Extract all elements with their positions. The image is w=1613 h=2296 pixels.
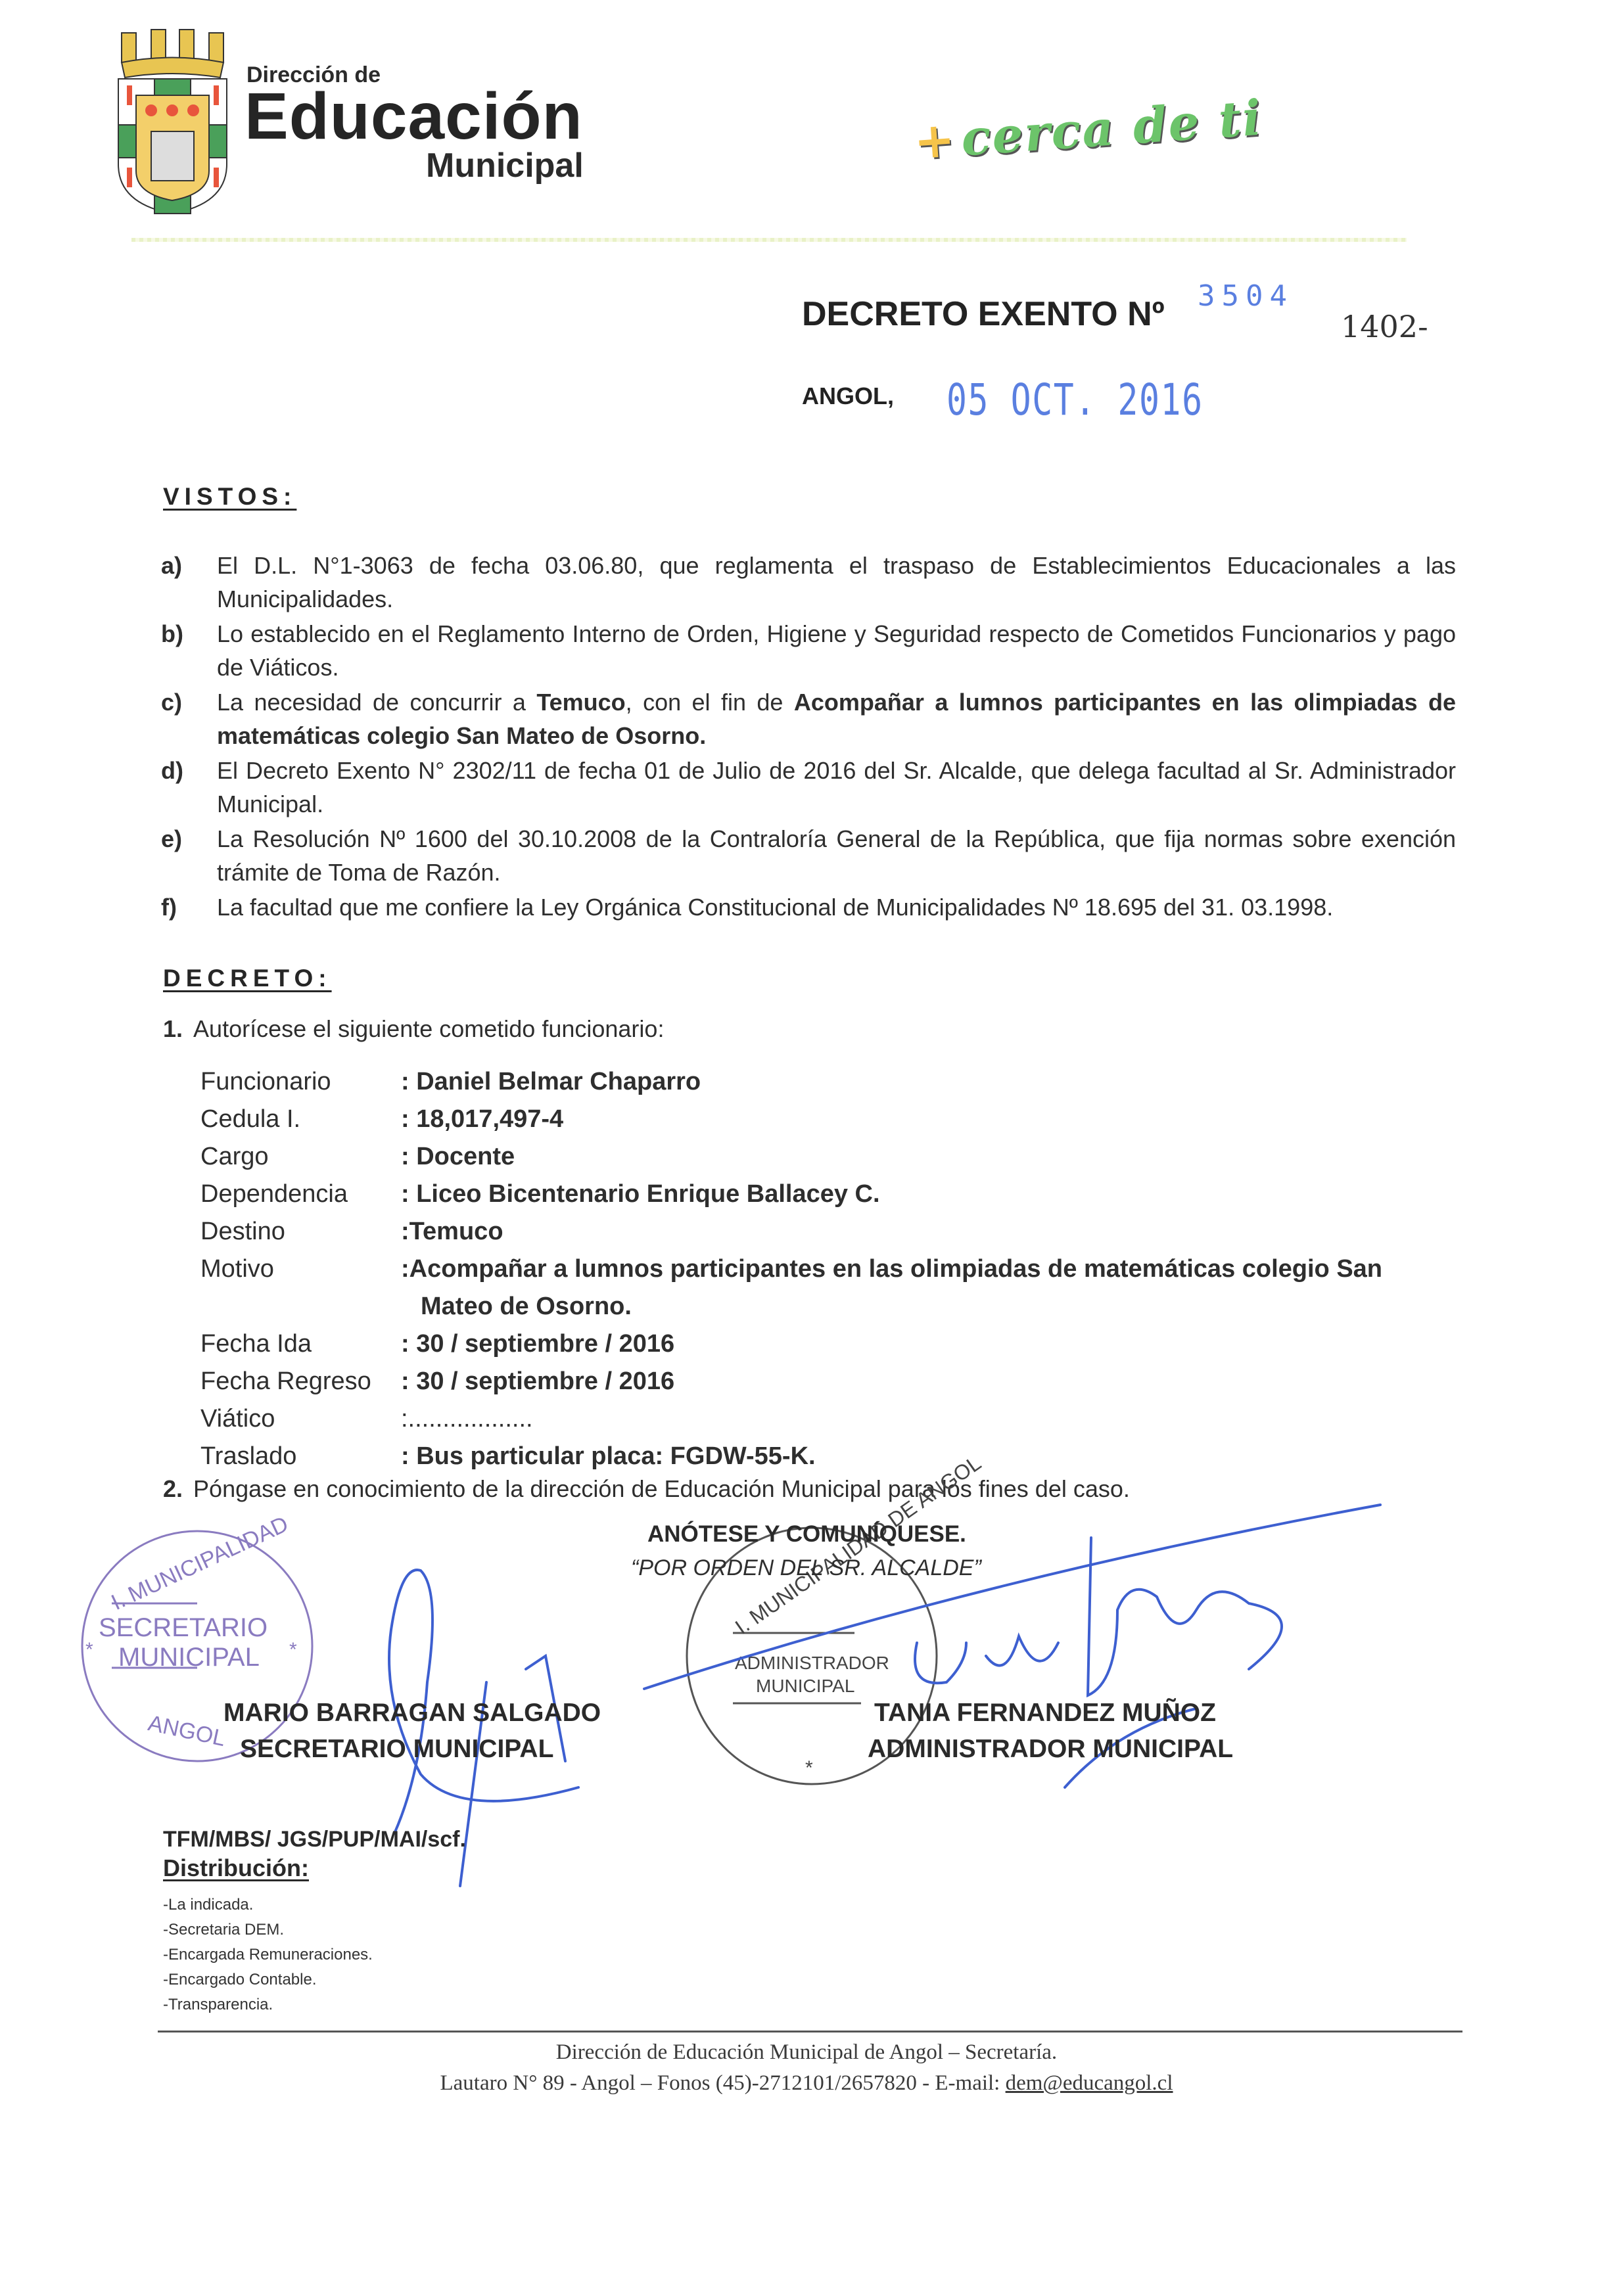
field-value: :Acompañar a lumnos participantes en las… [401, 1251, 1456, 1325]
place-label: ANGOL, [802, 382, 894, 410]
point-number: 1. [163, 1015, 183, 1042]
vistos-list: a)El D.L. N°1-3063 de fecha 03.06.80, qu… [161, 549, 1456, 925]
item-letter: e) [161, 822, 217, 889]
text-segment: Lo establecido en el Reglamento Interno … [217, 620, 1456, 681]
field-row: Motivo:Acompañar a lumnos participantes … [200, 1251, 1456, 1325]
field-label: Viático [200, 1400, 401, 1438]
vistos-item: a)El D.L. N°1-3063 de fecha 03.06.80, qu… [161, 549, 1456, 616]
text-segment: El Decreto Exento N° 2302/11 de fecha 01… [217, 757, 1456, 817]
svg-text:MUNICIPAL: MUNICIPAL [756, 1676, 854, 1696]
field-value: : 18,017,497-4 [401, 1101, 1456, 1138]
field-label: Dependencia [200, 1176, 401, 1213]
footer-divider [158, 2031, 1462, 2032]
item-text: Lo establecido en el Reglamento Interno … [217, 617, 1456, 684]
value-text: : 18,017,497-4 [401, 1105, 563, 1133]
item-letter: c) [161, 685, 217, 752]
closing-formula: ANÓTESE Y COMUNÍQUESE. [647, 1521, 966, 1548]
field-label: Destino [200, 1213, 401, 1251]
text-segment: La facultad que me confiere la Ley Orgán… [217, 894, 1333, 921]
footer-organization: Dirección de Educación Municipal de Ango… [0, 2040, 1613, 2065]
field-label: Funcionario [200, 1063, 401, 1101]
vistos-item: f)La facultad que me confiere la Ley Org… [161, 890, 1456, 924]
text-segment: La necesidad de concurrir a [217, 689, 536, 716]
item-text: El D.L. N°1-3063 de fecha 03.06.80, que … [217, 549, 1456, 616]
field-row: Cargo: Docente [200, 1138, 1456, 1176]
signatory-title-secretario: SECRETARIO MUNICIPAL [240, 1735, 553, 1764]
point-number: 2. [163, 1475, 183, 1502]
field-value: : Bus particular placa: FGDW-55-K. [401, 1438, 1456, 1475]
value-text: :Temuco [401, 1218, 503, 1245]
value-text: : 30 / septiembre / 2016 [401, 1367, 674, 1395]
value-text: :.................. [401, 1405, 533, 1433]
field-label: Cargo [200, 1138, 401, 1176]
field-value: :Temuco [401, 1213, 1456, 1251]
field-value: : 30 / septiembre / 2016 [401, 1325, 1456, 1363]
svg-text:SECRETARIO: SECRETARIO [99, 1613, 268, 1642]
vistos-heading: VISTOS: [163, 483, 296, 511]
field-row: Destino:Temuco [200, 1213, 1456, 1251]
slogan: +cerca de ti [912, 90, 1265, 171]
value-text: : 30 / septiembre / 2016 [401, 1330, 674, 1358]
item-text: El Decreto Exento N° 2302/11 de fecha 01… [217, 754, 1456, 821]
decree-point-1: 1.Autorícese el siguiente cometido funci… [163, 1015, 664, 1043]
svg-text:*: * [805, 1757, 813, 1779]
field-label: Traslado [200, 1438, 401, 1475]
slogan-text: cerca de ti [959, 90, 1264, 168]
signatory-title-administrador: ADMINISTRADOR MUNICIPAL [868, 1735, 1233, 1764]
decreto-heading: DECRETO: [163, 965, 332, 992]
field-row: Funcionario: Daniel Belmar Chaparro [200, 1063, 1456, 1101]
item-letter: b) [161, 617, 217, 684]
value-text: : Bus particular placa: FGDW-55-K. [401, 1442, 816, 1470]
svg-text:ADMINISTRADOR: ADMINISTRADOR [735, 1653, 889, 1673]
vistos-item: e)La Resolución Nº 1600 del 30.10.2008 d… [161, 822, 1456, 889]
field-row: Cedula I.: 18,017,497-4 [200, 1101, 1456, 1138]
item-text: La Resolución Nº 1600 del 30.10.2008 de … [217, 822, 1456, 889]
value-text: : Liceo Bicentenario Enrique Ballacey C. [401, 1180, 880, 1208]
field-row: Viático:.................. [200, 1400, 1456, 1438]
field-row: Fecha Regreso: 30 / septiembre / 2016 [200, 1363, 1456, 1400]
by-order-of-mayor: “POR ORDEN DEL SR. ALCALDE” [631, 1555, 981, 1581]
distribution-item: -La indicada. [163, 1893, 373, 1917]
text-segment: El D.L. N°1-3063 de fecha 03.06.80, que … [217, 552, 1456, 612]
svg-text:*: * [85, 1639, 93, 1661]
field-row: Dependencia: Liceo Bicentenario Enrique … [200, 1176, 1456, 1213]
svg-text:ANGOL: ANGOL [146, 1711, 227, 1751]
distribution-list: -La indicada.-Secretaria DEM.-Encargada … [163, 1893, 373, 2017]
field-value: : Docente [401, 1138, 1456, 1176]
point-text: Autorícese el siguiente cometido funcion… [193, 1015, 664, 1042]
item-text: La necesidad de concurrir a Temuco, con … [217, 685, 1456, 752]
decree-point-2: 2.Póngase en conocimiento de la direcció… [163, 1475, 1130, 1503]
value-continuation: Mateo de Osorno. [401, 1288, 1456, 1325]
brand-line-2: Educación [245, 79, 583, 154]
footer-address: Lautaro N° 89 - Angol – Fonos (45)-27121… [440, 2071, 1006, 2095]
reference-initials: TFM/MBS/ JGS/PUP/MAI/scf. [163, 1827, 466, 1852]
field-label: Motivo [200, 1251, 401, 1325]
commission-fields: Funcionario: Daniel Belmar ChaparroCedul… [200, 1063, 1456, 1475]
distribution-item: -Encargada Remuneraciones. [163, 1942, 373, 1967]
distribution-item: -Encargado Contable. [163, 1967, 373, 1992]
field-value: : Daniel Belmar Chaparro [401, 1063, 1456, 1101]
field-label: Cedula I. [200, 1101, 401, 1138]
vistos-item: d)El Decreto Exento N° 2302/11 de fecha … [161, 754, 1456, 821]
header-divider [131, 238, 1407, 242]
plus-icon: + [912, 111, 958, 170]
value-text: : Daniel Belmar Chaparro [401, 1068, 701, 1095]
value-text: :Acompañar a lumnos participantes en las… [401, 1255, 1382, 1283]
signatory-name-secretario: MARIO BARRAGAN SALGADO [223, 1699, 601, 1728]
field-row: Fecha Ida: 30 / septiembre / 2016 [200, 1325, 1456, 1363]
item-letter: a) [161, 549, 217, 616]
distribution-item: -Secretaria DEM. [163, 1917, 373, 1942]
decree-title: DECRETO EXENTO Nº [802, 294, 1165, 334]
email-link[interactable]: dem@educangol.cl [1006, 2071, 1173, 2095]
bold-segment: Temuco [536, 689, 625, 716]
text-segment: , con el fin de [626, 689, 794, 716]
field-row: Traslado: Bus particular placa: FGDW-55-… [200, 1438, 1456, 1475]
item-text: La facultad que me confiere la Ley Orgán… [217, 890, 1456, 924]
brand-line-3: Municipal [426, 146, 584, 185]
field-value: : Liceo Bicentenario Enrique Ballacey C. [401, 1176, 1456, 1213]
handwritten-decree-number: 1402- [1341, 309, 1428, 344]
field-label: Fecha Ida [200, 1325, 401, 1363]
value-text: : Docente [401, 1143, 515, 1170]
item-letter: d) [161, 754, 217, 821]
item-letter: f) [161, 890, 217, 924]
field-value: : 30 / septiembre / 2016 [401, 1363, 1456, 1400]
distribution-heading: Distribución: [163, 1854, 309, 1882]
vistos-item: b)Lo establecido en el Reglamento Intern… [161, 617, 1456, 684]
footer-contact: Lautaro N° 89 - Angol – Fonos (45)-27121… [0, 2071, 1613, 2096]
vistos-item: c)La necesidad de concurrir a Temuco, co… [161, 685, 1456, 752]
point-text: Póngase en conocimiento de la dirección … [193, 1475, 1130, 1502]
coat-of-arms-icon [115, 26, 230, 217]
field-value: :.................. [401, 1400, 1456, 1438]
text-segment: La Resolución Nº 1600 del 30.10.2008 de … [217, 825, 1456, 886]
svg-text:*: * [289, 1639, 297, 1661]
stamped-decree-number: 3504 [1198, 279, 1294, 313]
field-label: Fecha Regreso [200, 1363, 401, 1400]
distribution-item: -Transparencia. [163, 1992, 373, 2017]
svg-text:MUNICIPAL: MUNICIPAL [118, 1643, 260, 1672]
svg-text:I. MUNICIPALIDAD: I. MUNICIPALIDAD [108, 1511, 292, 1615]
stamped-date: 05 OCT. 2016 [947, 375, 1204, 425]
signatory-name-administrador: TANIA FERNANDEZ MUÑOZ [874, 1699, 1216, 1728]
